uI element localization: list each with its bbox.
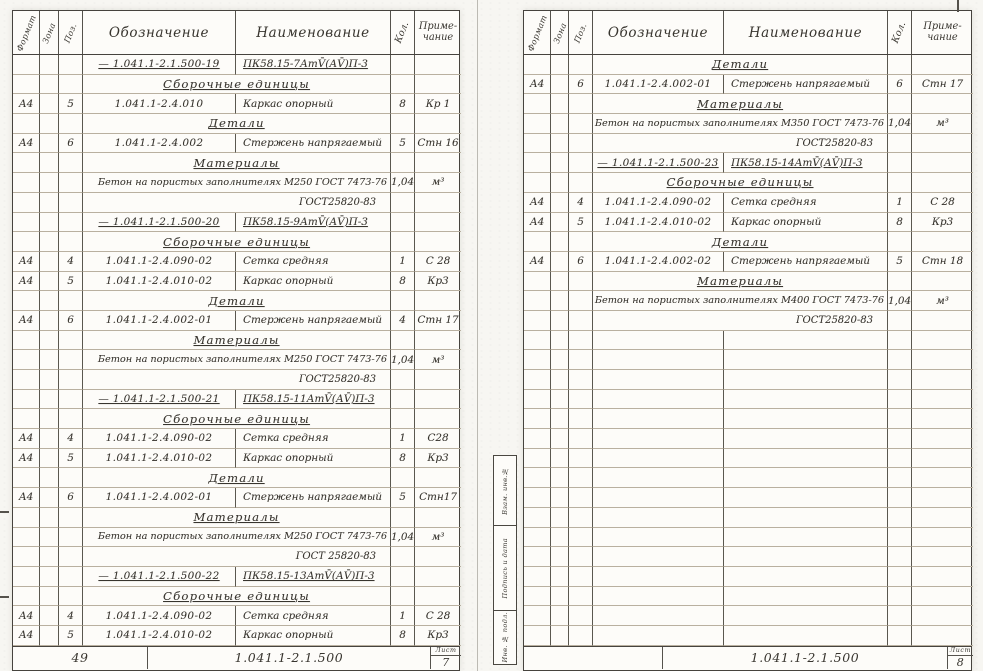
cell-qty xyxy=(888,626,912,646)
cell-pos xyxy=(569,567,593,587)
cell-zone xyxy=(551,429,569,449)
section-heading: Детали xyxy=(593,232,888,252)
cell-pos xyxy=(59,193,83,213)
cell-note: м³ xyxy=(415,528,461,548)
spec-row-section: Материалы xyxy=(13,508,459,528)
cell-pos xyxy=(59,567,83,587)
cell-format xyxy=(524,134,551,154)
material-text: ГОСТ 25820-83 xyxy=(83,547,391,567)
cell-format xyxy=(524,232,551,252)
cell-format: А4 xyxy=(13,94,40,114)
cell-zone xyxy=(40,606,59,626)
cell-format xyxy=(13,409,40,429)
cell-note xyxy=(415,331,461,351)
spec-row-item: А441.041.1-2.4.090-02Сетка средняя1С28 xyxy=(13,429,459,449)
spec-row-empty xyxy=(524,429,971,449)
cell-format xyxy=(13,55,40,75)
cell-zone xyxy=(40,311,59,331)
cell-name: Каркас опорный xyxy=(236,449,391,469)
spec-row-section: Детали xyxy=(13,114,459,134)
section-heading: Детали xyxy=(83,291,391,311)
cell-note xyxy=(415,55,461,75)
cell-pos: 5 xyxy=(59,94,83,114)
cell-qty xyxy=(391,213,415,233)
section-heading: Материалы xyxy=(83,331,391,351)
spec-row-material: Бетон на пористых заполнителях М250 ГОСТ… xyxy=(13,173,459,193)
cell-format xyxy=(524,606,551,626)
cell-name: Стержень напрягаемый xyxy=(236,311,391,331)
cell-format: А4 xyxy=(524,75,551,95)
cell-qty: 8 xyxy=(391,272,415,292)
cell-zone xyxy=(40,488,59,508)
header-qty: Кол. xyxy=(391,11,415,54)
table-header: Формат Зона Поз. Обозначение Наименовани… xyxy=(13,11,459,55)
spec-row-group: — 1.041.1-2.1.500-20ПК58.15-9АтV̄(АV̄)П-… xyxy=(13,213,459,233)
cell-note xyxy=(415,232,461,252)
cell-note xyxy=(415,587,461,607)
cell-designation: 1.041.1-2.4.090-02 xyxy=(593,193,724,213)
cell-note: Кр3 xyxy=(912,213,973,233)
header-pos-label: Поз. xyxy=(62,21,79,44)
spec-row-empty xyxy=(524,488,971,508)
cell-format xyxy=(524,567,551,587)
cell-format xyxy=(13,291,40,311)
cell-note: м³ xyxy=(415,350,461,370)
cell-note xyxy=(912,350,973,370)
spec-row-material: Бетон на пористых заполнителях М350 ГОСТ… xyxy=(524,114,971,134)
cell-designation xyxy=(593,390,724,410)
cell-note xyxy=(912,390,973,410)
cell-zone xyxy=(40,252,59,272)
cell-zone xyxy=(551,193,569,213)
cell-format xyxy=(13,350,40,370)
cell-pos: 6 xyxy=(59,488,83,508)
cell-note: Кр3 xyxy=(415,449,461,469)
cell-designation: 1.041.1-2.4.002-02 xyxy=(593,252,724,272)
cell-designation: — 1.041.1-2.1.500-21 xyxy=(83,390,236,410)
spec-row-group: — 1.041.1-2.1.500-19ПК58.15-7АтV̄(АV̄)П-… xyxy=(13,55,459,75)
cell-pos xyxy=(59,55,83,75)
material-text: ГОСТ25820-83 xyxy=(83,193,391,213)
cell-pos xyxy=(59,468,83,488)
section-heading: Сборочные единицы xyxy=(83,587,391,607)
cell-designation: 1.041.1-2.4.010 xyxy=(83,94,236,114)
spec-row-item: А441.041.1-2.4.090-02Сетка средняя1С 28 xyxy=(13,606,459,626)
cell-note xyxy=(415,390,461,410)
cell-zone xyxy=(551,173,569,193)
cell-pos xyxy=(569,272,593,292)
cell-qty: 1,04 xyxy=(391,350,415,370)
cell-name: ПК58.15-14АтV̄(АV̄)П-3 xyxy=(724,153,888,173)
cell-note: Стн17 xyxy=(415,488,461,508)
spec-row-section: Сборочные единицы xyxy=(13,75,459,95)
cell-format xyxy=(13,173,40,193)
cell-name: Каркас опорный xyxy=(236,626,391,646)
cell-pos: 4 xyxy=(569,193,593,213)
cell-note xyxy=(415,567,461,587)
cell-name: ПК58.15-7АтV̄(АV̄)П-3 xyxy=(236,55,391,75)
cell-pos xyxy=(59,370,83,390)
cell-designation: 1.041.1-2.4.010-02 xyxy=(83,626,236,646)
cell-qty xyxy=(391,547,415,567)
cell-name xyxy=(724,429,888,449)
cell-note: Кр 1 xyxy=(415,94,461,114)
cell-qty xyxy=(888,606,912,626)
inventory-number xyxy=(524,647,663,669)
cell-zone xyxy=(551,390,569,410)
cell-name xyxy=(724,606,888,626)
cell-name xyxy=(724,350,888,370)
material-text: Бетон на пористых заполнителях М250 ГОСТ… xyxy=(83,528,391,548)
cell-name: ПК58.15-9АтV̄(АV̄)П-3 xyxy=(236,213,391,233)
cell-zone xyxy=(40,429,59,449)
cell-format: А4 xyxy=(524,213,551,233)
cell-zone xyxy=(551,94,569,114)
cell-name xyxy=(724,390,888,410)
spec-row-empty xyxy=(524,331,971,351)
cell-name xyxy=(724,567,888,587)
cell-zone xyxy=(551,252,569,272)
cell-designation: 1.041.1-2.4.090-02 xyxy=(83,252,236,272)
cell-qty: 1,04 xyxy=(888,114,912,134)
cell-note: Стн 16 xyxy=(415,134,461,154)
cell-qty xyxy=(888,232,912,252)
cell-format xyxy=(524,626,551,646)
cell-format xyxy=(13,114,40,134)
cell-note xyxy=(912,409,973,429)
cell-name: Сетка средняя xyxy=(236,606,391,626)
header-format: Формат xyxy=(13,11,40,54)
material-text: ГОСТ25820-83 xyxy=(593,134,888,154)
cell-qty xyxy=(888,370,912,390)
header-zone: Зона xyxy=(40,11,59,54)
spec-row-item: А441.041.1-2.4.090-02Сетка средняя1С 28 xyxy=(524,193,971,213)
cell-note: Стн 18 xyxy=(912,252,973,272)
spec-row-empty xyxy=(524,547,971,567)
cell-qty: 1 xyxy=(391,252,415,272)
spec-page-right: Формат Зона Поз. Обозначение Наименовани… xyxy=(523,10,972,671)
spec-row-material: Бетон на пористых заполнителях М250 ГОСТ… xyxy=(13,528,459,548)
spec-row-material2: ГОСТ25820-83 xyxy=(524,134,971,154)
cell-format: А4 xyxy=(13,606,40,626)
cell-qty: 8 xyxy=(391,94,415,114)
cell-format xyxy=(524,547,551,567)
spec-row-section: Материалы xyxy=(13,331,459,351)
cell-format: А4 xyxy=(13,449,40,469)
cell-format xyxy=(524,429,551,449)
header-format-label: Формат xyxy=(14,13,38,52)
cell-name xyxy=(724,409,888,429)
cell-name: ПК58.15-11АтV̄(АV̄)П-3 xyxy=(236,390,391,410)
cell-zone xyxy=(551,114,569,134)
cell-format xyxy=(13,75,40,95)
cell-qty: 6 xyxy=(888,75,912,95)
stamp-vzam-inv: Взам. инв.№ xyxy=(494,456,516,526)
cell-qty: 1 xyxy=(391,429,415,449)
cell-designation: 1.041.1-2.4.002-01 xyxy=(83,311,236,331)
cell-pos xyxy=(59,114,83,134)
cell-pos xyxy=(59,331,83,351)
cell-name xyxy=(724,370,888,390)
cell-format xyxy=(13,232,40,252)
document-number: 1.041.1-2.1.500 xyxy=(148,647,431,669)
cell-format xyxy=(13,508,40,528)
cell-note xyxy=(415,547,461,567)
spec-row-item: А451.041.1-2.4.010-02Каркас опорный8Кр3 xyxy=(13,626,459,646)
cell-format xyxy=(13,547,40,567)
cell-pos xyxy=(569,94,593,114)
cell-format xyxy=(524,291,551,311)
spec-row-material: Бетон на пористых заполнителях М400 ГОСТ… xyxy=(524,291,971,311)
header-zone-label: Зона xyxy=(551,21,568,45)
cell-qty xyxy=(391,153,415,173)
cell-note: м³ xyxy=(912,291,973,311)
cell-pos xyxy=(569,370,593,390)
inventory-number: 49 xyxy=(13,647,148,669)
section-heading: Материалы xyxy=(593,272,888,292)
spec-row-item: А451.041.1-2.4.010-02Каркас опорный8Кр3 xyxy=(13,272,459,292)
cell-pos xyxy=(59,587,83,607)
cell-zone xyxy=(40,449,59,469)
cell-note: С 28 xyxy=(912,193,973,213)
sheet-label: Лист xyxy=(431,647,461,656)
header-zone: Зона xyxy=(551,11,569,54)
cell-qty: 4 xyxy=(391,311,415,331)
cell-pos: 6 xyxy=(569,75,593,95)
cell-qty xyxy=(391,291,415,311)
cell-pos xyxy=(59,547,83,567)
cell-zone xyxy=(40,291,59,311)
cell-qty xyxy=(391,370,415,390)
cell-format: А4 xyxy=(13,488,40,508)
cell-name xyxy=(724,508,888,528)
header-qty-label: Кол. xyxy=(890,20,908,45)
material-text: ГОСТ25820-83 xyxy=(83,370,391,390)
cell-note xyxy=(912,449,973,469)
cell-note xyxy=(912,272,973,292)
spec-row-section: Сборочные единицы xyxy=(13,587,459,607)
cell-qty: 1,04 xyxy=(391,173,415,193)
cell-qty: 1,04 xyxy=(888,291,912,311)
cell-designation: — 1.041.1-2.1.500-20 xyxy=(83,213,236,233)
cell-name: Каркас опорный xyxy=(724,213,888,233)
cell-zone xyxy=(40,626,59,646)
spec-row-item: А461.041.1-2.4.002Стержень напрягаемый5С… xyxy=(13,134,459,154)
cell-pos: 6 xyxy=(569,252,593,272)
cell-zone xyxy=(40,94,59,114)
cell-format: А4 xyxy=(13,252,40,272)
title-block-right: 1.041.1-2.1.500 Лист 8 xyxy=(524,646,971,669)
cell-note: м³ xyxy=(912,114,973,134)
spec-rows-left: — 1.041.1-2.1.500-19ПК58.15-7АтV̄(АV̄)П-… xyxy=(13,55,459,646)
spec-row-empty xyxy=(524,528,971,548)
cell-zone xyxy=(40,528,59,548)
scanned-spec-document: { "columns": { "format": "Формат", "zone… xyxy=(0,0,983,671)
cell-qty xyxy=(391,508,415,528)
cell-note xyxy=(912,134,973,154)
cell-name xyxy=(724,626,888,646)
stamp-inv-podl: Инв. № подл. xyxy=(494,611,516,664)
cell-note xyxy=(912,488,973,508)
sheet-number-cell: Лист 7 xyxy=(431,647,461,669)
cell-name: Каркас опорный xyxy=(236,272,391,292)
cell-qty: 1,04 xyxy=(391,528,415,548)
cell-designation xyxy=(593,350,724,370)
cell-qty xyxy=(888,55,912,75)
cell-designation: 1.041.1-2.4.002-01 xyxy=(83,488,236,508)
cell-zone xyxy=(551,606,569,626)
cell-name: ПК58.15-13АтV̄(АV̄)П-3 xyxy=(236,567,391,587)
cell-designation xyxy=(593,528,724,548)
cell-zone xyxy=(551,508,569,528)
fold-mark xyxy=(0,596,9,598)
cell-note xyxy=(912,94,973,114)
spec-row-item: А461.041.1-2.4.002-01Стержень напрягаемы… xyxy=(13,311,459,331)
cell-note xyxy=(912,370,973,390)
spec-row-material2: ГОСТ25820-83 xyxy=(13,370,459,390)
cell-zone xyxy=(551,587,569,607)
cell-designation: 1.041.1-2.4.090-02 xyxy=(83,606,236,626)
header-qty-label: Кол. xyxy=(393,20,411,45)
cell-format xyxy=(524,114,551,134)
spec-row-item: А451.041.1-2.4.010-02Каркас опорный8Кр3 xyxy=(524,213,971,233)
cell-zone xyxy=(551,350,569,370)
cell-zone xyxy=(551,55,569,75)
cell-format xyxy=(524,508,551,528)
cell-format: А4 xyxy=(13,272,40,292)
fold-mark xyxy=(0,511,9,513)
spec-row-group: — 1.041.1-2.1.500-23ПК58.15-14АтV̄(АV̄)П… xyxy=(524,153,971,173)
cell-pos xyxy=(569,429,593,449)
cell-pos xyxy=(569,173,593,193)
cell-qty xyxy=(391,114,415,134)
cell-qty xyxy=(391,567,415,587)
cell-format xyxy=(524,409,551,429)
cell-zone xyxy=(40,75,59,95)
spec-row-section: Сборочные единицы xyxy=(13,409,459,429)
cell-pos xyxy=(569,390,593,410)
material-text: Бетон на пористых заполнителях М250 ГОСТ… xyxy=(83,173,391,193)
cell-zone xyxy=(40,193,59,213)
cell-qty xyxy=(888,272,912,292)
cell-format xyxy=(13,213,40,233)
cell-zone xyxy=(551,331,569,351)
cell-note xyxy=(415,409,461,429)
cell-note: С 28 xyxy=(415,606,461,626)
section-heading: Сборочные единицы xyxy=(83,409,391,429)
cell-format xyxy=(524,528,551,548)
cell-pos xyxy=(569,55,593,75)
cell-format xyxy=(524,449,551,469)
cell-format: А4 xyxy=(13,311,40,331)
header-pos: Поз. xyxy=(59,11,83,54)
cell-designation xyxy=(593,429,724,449)
cell-pos xyxy=(569,547,593,567)
cell-zone xyxy=(40,213,59,233)
cell-qty xyxy=(391,409,415,429)
spec-row-item: А461.041.1-2.4.002-02Стержень напрягаемы… xyxy=(524,252,971,272)
header-name: Наименование xyxy=(236,11,391,54)
cell-designation xyxy=(593,547,724,567)
sheet-label: Лист xyxy=(948,647,973,656)
cell-zone xyxy=(551,291,569,311)
cell-designation xyxy=(593,331,724,351)
cell-name: Стержень напрягаемый xyxy=(236,488,391,508)
cell-pos xyxy=(569,468,593,488)
cell-note xyxy=(912,508,973,528)
material-text: Бетон на пористых заполнителях М250 ГОСТ… xyxy=(83,350,391,370)
cell-qty xyxy=(888,311,912,331)
cell-note xyxy=(415,193,461,213)
cell-format: А4 xyxy=(13,626,40,646)
material-text: Бетон на пористых заполнителях М400 ГОСТ… xyxy=(593,291,888,311)
cell-zone xyxy=(551,153,569,173)
cell-pos xyxy=(569,291,593,311)
spec-row-group: — 1.041.1-2.1.500-21ПК58.15-11АтV̄(АV̄)П… xyxy=(13,390,459,410)
cell-qty xyxy=(888,547,912,567)
stamp-inv-podl-label: Инв. № подл. xyxy=(501,612,509,663)
spec-row-section: Сборочные единицы xyxy=(524,173,971,193)
stamp-podpis-data: Подпись и дата xyxy=(494,526,516,611)
cell-zone xyxy=(551,134,569,154)
cell-format xyxy=(524,468,551,488)
cell-note xyxy=(415,468,461,488)
spec-row-section: Сборочные единицы xyxy=(13,232,459,252)
cell-pos xyxy=(569,153,593,173)
cell-note xyxy=(415,213,461,233)
header-note-label: Приме-чание xyxy=(419,22,457,44)
cell-pos xyxy=(59,409,83,429)
cell-format xyxy=(13,567,40,587)
cell-format xyxy=(524,55,551,75)
cell-qty xyxy=(888,409,912,429)
cell-pos xyxy=(59,153,83,173)
material-text: ГОСТ25820-83 xyxy=(593,311,888,331)
spec-row-empty xyxy=(524,468,971,488)
spec-row-item: А441.041.1-2.4.090-02Сетка средняя1С 28 xyxy=(13,252,459,272)
cell-format xyxy=(13,370,40,390)
cell-note: Стн 17 xyxy=(912,75,973,95)
cell-pos: 5 xyxy=(59,449,83,469)
cell-name: Сетка средняя xyxy=(236,252,391,272)
cell-name: Стержень напрягаемый xyxy=(724,252,888,272)
cell-name xyxy=(724,468,888,488)
cell-designation xyxy=(593,508,724,528)
cell-note xyxy=(415,75,461,95)
cell-designation xyxy=(593,488,724,508)
cell-name: Стержень напрягаемый xyxy=(724,75,888,95)
cell-zone xyxy=(40,153,59,173)
table-header: Формат Зона Поз. Обозначение Наименовани… xyxy=(524,11,971,55)
cell-designation: — 1.041.1-2.1.500-22 xyxy=(83,567,236,587)
cell-pos: 4 xyxy=(59,606,83,626)
cell-zone xyxy=(40,134,59,154)
spec-row-empty xyxy=(524,587,971,607)
cell-note xyxy=(912,331,973,351)
header-pos-label: Поз. xyxy=(572,21,589,44)
cell-pos xyxy=(569,626,593,646)
cell-qty xyxy=(888,449,912,469)
cell-qty xyxy=(888,488,912,508)
cell-name: Сетка средняя xyxy=(724,193,888,213)
cell-qty: 8 xyxy=(391,449,415,469)
section-heading: Сборочные единицы xyxy=(83,232,391,252)
cell-qty: 8 xyxy=(391,626,415,646)
cell-qty xyxy=(391,390,415,410)
section-heading: Сборочные единицы xyxy=(593,173,888,193)
spec-row-material: Бетон на пористых заполнителях М250 ГОСТ… xyxy=(13,350,459,370)
sheet-number-cell: Лист 8 xyxy=(948,647,973,669)
